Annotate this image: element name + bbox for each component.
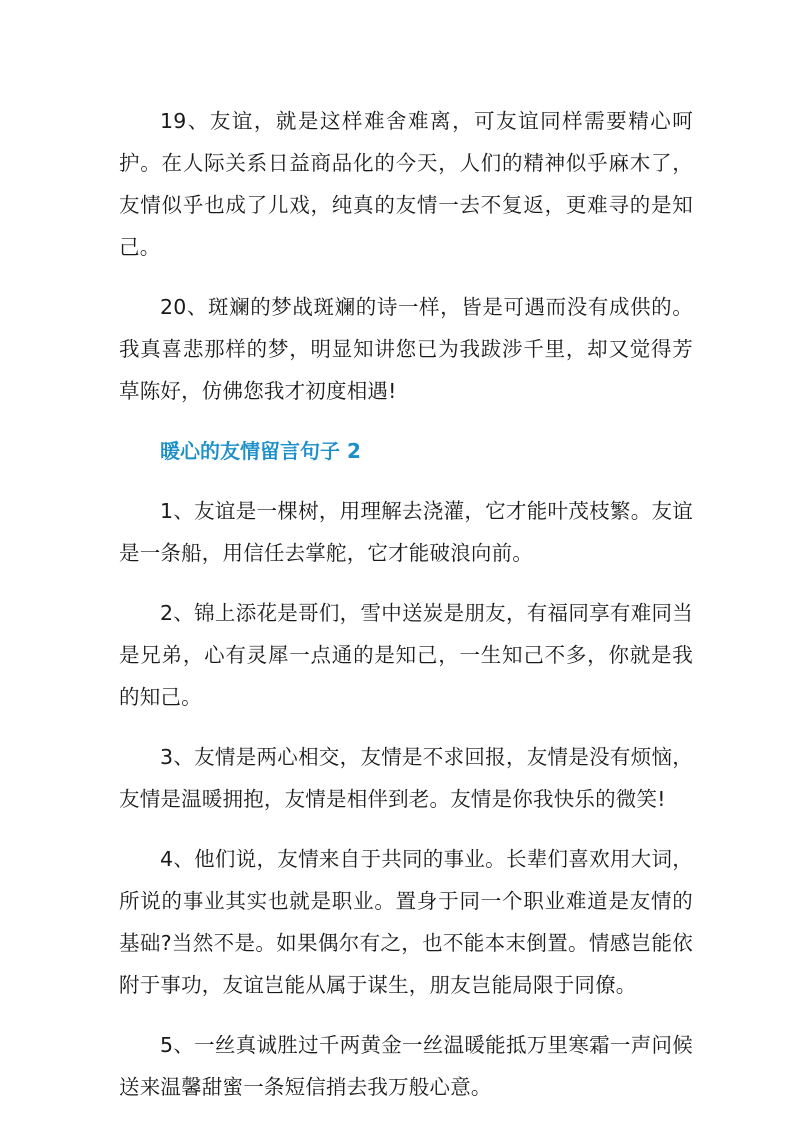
- section-heading: 暖心的友情留言句子 2: [119, 430, 693, 472]
- paragraph-19: 19、友谊，就是这样难舍难离，可友谊同样需要精心呵护。在人际关系日益商品化的今天…: [119, 100, 693, 268]
- paragraph-1: 1、友谊是一棵树，用理解去浇灌，它才能叶茂枝繁。友谊是一条船，用信任去掌舵，它才…: [119, 490, 693, 574]
- paragraph-4: 4、他们说，友情来自于共同的事业。长辈们喜欢用大词，所说的事业其实也就是职业。置…: [119, 838, 693, 1006]
- paragraph-3: 3、友情是两心相交，友情是不求回报，友情是没有烦恼，友情是温暖拥抱，友情是相伴到…: [119, 736, 693, 820]
- paragraph-2: 2、锦上添花是哥们，雪中送炭是朋友，有福同享有难同当是兄弟，心有灵犀一点通的是知…: [119, 592, 693, 718]
- paragraph-20: 20、斑斓的梦战斑斓的诗一样，皆是可遇而没有成供的。我真喜悲那样的梦，明显知讲您…: [119, 286, 693, 412]
- document-page: 19、友谊，就是这样难舍难离，可友谊同样需要精心呵护。在人际关系日益商品化的今天…: [119, 100, 693, 1126]
- paragraph-5: 5、一丝真诚胜过千两黄金一丝温暖能抵万里寒霜一声问候送来温馨甜蜜一条短信捎去我万…: [119, 1024, 693, 1108]
